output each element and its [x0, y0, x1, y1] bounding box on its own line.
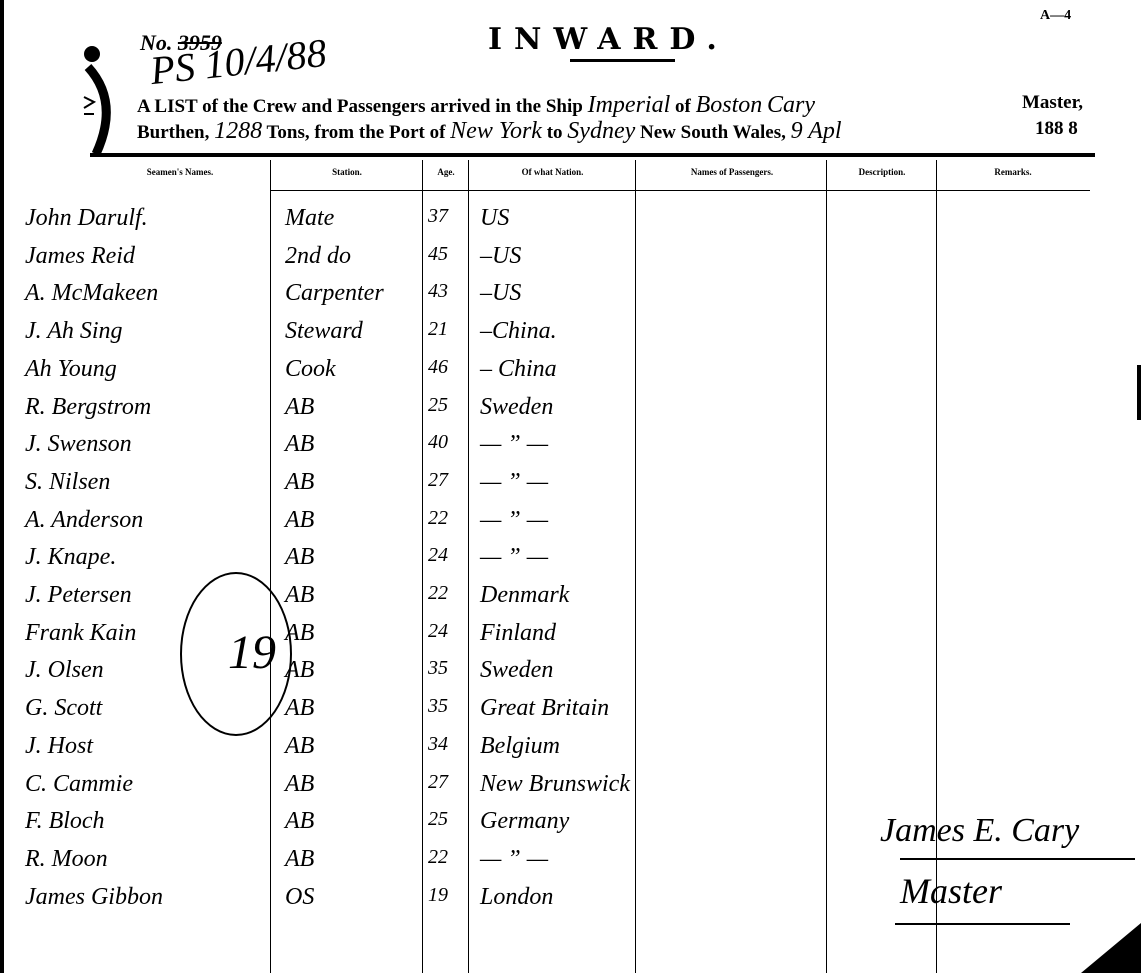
port-of-registry: Boston	[696, 92, 763, 118]
from-port: New York	[450, 118, 542, 144]
crew-station: AB	[285, 733, 314, 760]
scan-edge-mark	[1137, 365, 1141, 420]
col-station: Station.	[272, 167, 422, 177]
crew-nation: Denmark	[480, 582, 569, 609]
crew-name: F. Bloch	[25, 808, 105, 835]
crew-age: 24	[428, 620, 448, 643]
header-line-2: Burthen, 1288 Tons, from the Port of New…	[137, 118, 842, 145]
signature-underline	[900, 858, 1135, 860]
crew-station: Cook	[285, 356, 336, 383]
crew-name: John Darulf.	[25, 205, 148, 232]
crew-age: 22	[428, 582, 448, 605]
crew-nation: – China	[480, 356, 557, 383]
master-signature: James E. Cary	[880, 812, 1079, 850]
col-remarks: Remarks.	[938, 167, 1088, 177]
crew-nation: Finland	[480, 620, 556, 647]
ship-name: Imperial	[588, 92, 671, 118]
scan-left-edge	[0, 0, 4, 973]
crew-station: AB	[285, 431, 314, 458]
crew-name: R. Moon	[25, 846, 108, 873]
crew-nation: Belgium	[480, 733, 560, 760]
crew-name: C. Cammie	[25, 771, 133, 798]
page-title: INWARD.	[488, 22, 729, 57]
crew-name: G. Scott	[25, 695, 102, 722]
title-underline	[570, 59, 675, 62]
header-bottom-rule	[270, 190, 1090, 191]
crew-nation: — ” —	[480, 431, 548, 458]
list-intro-text: A LIST of the Crew and Passengers arrive…	[137, 96, 583, 117]
of-label: of	[675, 96, 691, 117]
crew-name: A. Anderson	[25, 507, 143, 534]
crew-nation: Sweden	[480, 394, 553, 421]
crew-nation: London	[480, 884, 553, 911]
col-nation: Of what Nation.	[470, 167, 635, 177]
column-divider	[422, 160, 423, 973]
crew-age: 24	[428, 544, 448, 567]
burthen-label: Burthen,	[137, 122, 209, 143]
crew-name: A. McMakeen	[25, 280, 158, 307]
role-underline	[895, 923, 1070, 925]
crew-station: AB	[285, 544, 314, 571]
nsw-label: New South Wales,	[640, 122, 786, 143]
crew-nation: –US	[480, 280, 521, 307]
crew-nation: — ” —	[480, 544, 548, 571]
crew-age: 46	[428, 356, 448, 379]
crew-name: Frank Kain	[25, 620, 136, 647]
crew-nation: — ” —	[480, 469, 548, 496]
crew-name: S. Nilsen	[25, 469, 110, 496]
col-description: Description.	[828, 167, 936, 177]
crew-age: 45	[428, 243, 448, 266]
column-divider	[270, 160, 271, 973]
to-port: Sydney	[567, 118, 635, 144]
crew-name: James Reid	[25, 243, 135, 270]
header-rule	[90, 153, 1095, 157]
crew-station: AB	[285, 394, 314, 421]
crew-station: AB	[285, 846, 314, 873]
crew-nation: –China.	[480, 318, 557, 345]
crew-station: AB	[285, 808, 314, 835]
crew-age: 19	[428, 884, 448, 907]
circled-count: 19	[228, 625, 276, 680]
crew-name: J. Ah Sing	[25, 318, 123, 345]
col-age: Age.	[424, 167, 468, 177]
crew-station: AB	[285, 507, 314, 534]
crew-name: J. Olsen	[25, 657, 104, 684]
crew-station: OS	[285, 884, 314, 911]
crew-station: Steward	[285, 318, 363, 345]
tons-from-label: Tons, from the Port of	[267, 122, 446, 143]
crew-station: Mate	[285, 205, 334, 232]
col-seamens-names: Seamen's Names.	[95, 167, 265, 177]
col-passengers: Names of Passengers.	[637, 167, 827, 177]
crew-name: James Gibbon	[25, 884, 163, 911]
crew-age: 37	[428, 205, 448, 228]
crew-nation: — ” —	[480, 846, 548, 873]
to-label: to	[547, 122, 563, 143]
crew-station: AB	[285, 771, 314, 798]
crew-nation: New Brunswick	[480, 771, 630, 798]
crew-nation: –US	[480, 243, 521, 270]
crew-age: 35	[428, 657, 448, 680]
column-divider	[468, 160, 469, 973]
crew-nation: — ” —	[480, 507, 548, 534]
master-name: Cary	[767, 92, 815, 118]
crew-nation: Great Britain	[480, 695, 609, 722]
crew-name: J. Petersen	[25, 582, 132, 609]
crew-name: J. Swenson	[25, 431, 132, 458]
page-reference: A—4	[1040, 8, 1071, 24]
scan-corner-shadow	[1081, 923, 1141, 973]
crew-age: 40	[428, 431, 448, 454]
crew-station: Carpenter	[285, 280, 384, 307]
master-label: Master,	[1022, 92, 1083, 114]
crew-name: R. Bergstrom	[25, 394, 151, 421]
crew-age: 35	[428, 695, 448, 718]
crew-age: 27	[428, 469, 448, 492]
column-divider	[635, 160, 636, 973]
crew-age: 43	[428, 280, 448, 303]
crew-name: J. Knape.	[25, 544, 116, 571]
crew-nation: Germany	[480, 808, 569, 835]
crew-age: 25	[428, 808, 448, 831]
crew-age: 34	[428, 733, 448, 756]
crew-age: 22	[428, 846, 448, 869]
crew-age: 25	[428, 394, 448, 417]
column-divider	[826, 160, 827, 973]
crew-station: 2nd do	[285, 243, 351, 270]
crew-age: 22	[428, 507, 448, 530]
header-line-1: A LIST of the Crew and Passengers arrive…	[137, 92, 815, 119]
crown-seal-icon	[82, 42, 122, 157]
crew-station: AB	[285, 695, 314, 722]
crew-name: Ah Young	[25, 356, 117, 383]
crew-nation: US	[480, 205, 509, 232]
crew-station: AB	[285, 582, 314, 609]
crew-age: 21	[428, 318, 448, 341]
column-divider	[936, 160, 937, 973]
crew-age: 27	[428, 771, 448, 794]
crew-name: J. Host	[25, 733, 93, 760]
crew-station: AB	[285, 469, 314, 496]
year: 188 8	[1035, 118, 1078, 140]
arrival-date: 9 Apl	[791, 118, 842, 144]
burthen-value: 1288	[214, 118, 262, 144]
signature-role: Master	[900, 870, 1002, 912]
crew-nation: Sweden	[480, 657, 553, 684]
